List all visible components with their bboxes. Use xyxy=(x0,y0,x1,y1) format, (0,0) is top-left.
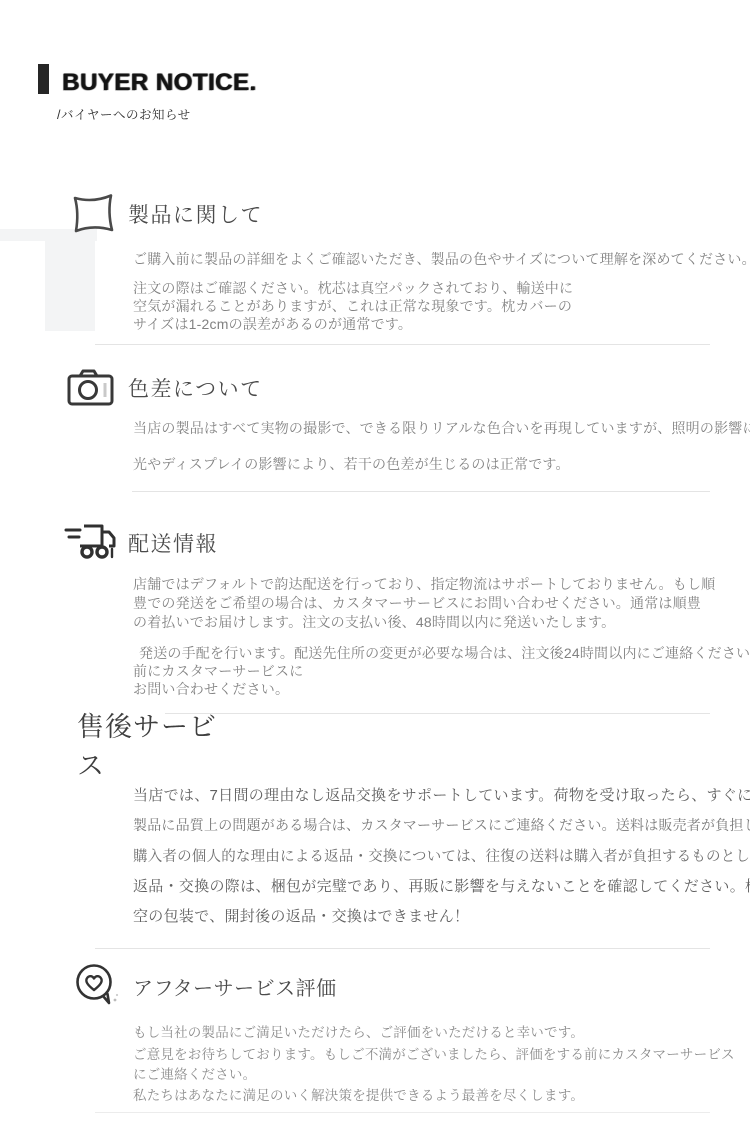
text-line: サイズは1-2cmの誤差があるのが通常です。 xyxy=(133,315,603,333)
shipping-paragraph-2-line-3: お問い合わせください。 xyxy=(133,680,533,698)
text-line: 注文の際はご確認ください。枕芯は真空パックされており、輸送中に xyxy=(133,279,603,297)
section-heading-shipping: 配送情報 xyxy=(128,528,388,558)
pillow-icon xyxy=(68,189,118,237)
product-paragraph-1: ご購入前に製品の詳細をよくご確認いただき、製品の色やサイズについて理解を深めてく… xyxy=(133,250,750,268)
rating-line-3: 私たちはあなたに満足のいく解決策を提供できるよう最善を尽くします。 xyxy=(133,1086,750,1106)
section-heading-product: 製品に関して xyxy=(128,199,388,229)
color-line-2: 光やディスプレイの影響により、若干の色差が生じるのは正常です。 xyxy=(133,455,750,473)
background-patch xyxy=(45,241,95,331)
color-line-1: 当店の製品はすべて実物の撮影で、できる限りリアルな色合いを再現していますが、照明… xyxy=(133,419,750,437)
rating-line-1: もし当社の製品にご満足いただけたら、ご評価をいただけると幸いです。 xyxy=(133,1023,750,1043)
section-heading-after-sales: 售後サービス xyxy=(77,708,229,786)
section-divider xyxy=(95,1112,710,1113)
after-sales-line-4: 返品・交換の際は、梱包が完璧であり、再販に影響を与えないことを確認してください。… xyxy=(133,875,750,896)
after-sales-line-3: 購入者の個人的な理由による返品・交換については、往復の送料は購入者が負担するもの… xyxy=(133,845,750,866)
section-divider xyxy=(95,344,710,345)
rating-line-2: ご意見をお待ちしております。もしご不満がございましたら、評価をする前にカスタマー… xyxy=(133,1045,735,1085)
section-divider xyxy=(165,713,710,714)
section-divider xyxy=(95,948,710,949)
text-line: 店舗ではデフォルトで韵达配送を行っており、指定物流はサポートしておりません。もし… xyxy=(133,575,723,594)
after-sales-line-5: 空の包装で、開封後の返品・交換はできません！ xyxy=(133,905,750,926)
after-sales-line-2: 製品に品質上の問題がある場合は、カスタマーサービスにご連絡ください。送料は販売者… xyxy=(133,815,750,835)
page-subtitle: /バイヤーへのお知らせ xyxy=(57,105,357,123)
truck-icon xyxy=(62,519,120,563)
buyer-notice-page: BUYER NOTICE. /バイヤーへのお知らせ 製品に関して ご購入前に製品… xyxy=(0,0,750,1144)
section-divider xyxy=(132,491,710,492)
product-paragraph-2: 注文の際はご確認ください。枕芯は真空パックされており、輸送中に 空気が漏れること… xyxy=(133,279,603,333)
heart-bubble-icon xyxy=(73,962,121,1008)
shipping-paragraph-2-line-2: 前にカスタマーサービスに xyxy=(133,662,533,680)
section-heading-rating: アフターサービス評価 xyxy=(133,972,433,1001)
section-heading-color: 色差について xyxy=(128,373,388,403)
camera-icon xyxy=(66,366,120,408)
shipping-paragraph-2-line-1: 発送の手配を行います。配送先住所の変更が必要な場合は、注文後24時間以内にご連絡… xyxy=(139,644,750,662)
shipping-paragraph-1: 店舗ではデフォルトで韵达配送を行っており、指定物流はサポートしておりません。もし… xyxy=(133,575,723,632)
after-sales-line-1: 当店では、7日間の理由なし返品交換をサポートしています。荷物を受け取ったら、すぐ… xyxy=(133,784,750,805)
text-line: の着払いでお届けします。注文の支払い後、48時間以内に発送いたします。 xyxy=(133,613,723,632)
page-title: BUYER NOTICE. xyxy=(62,69,362,97)
text-line: 豊での発送をご希望の場合は、カスタマーサービスにお問い合わせください。通常は順豊 xyxy=(133,594,723,613)
title-accent-bar xyxy=(38,64,49,94)
text-line: 空気が漏れることがありますが、これは正常な現象です。枕カバーの xyxy=(133,297,603,315)
